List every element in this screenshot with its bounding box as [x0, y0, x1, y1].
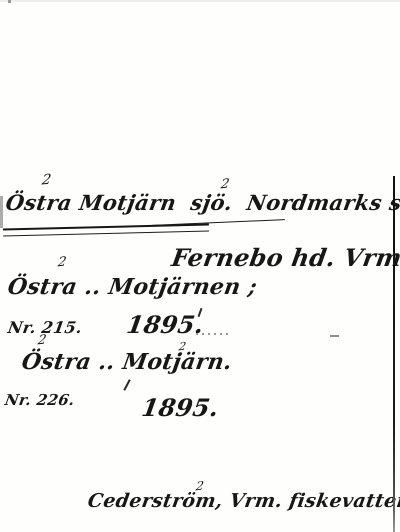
old-umlaut-mark: 2	[57, 255, 68, 271]
record-year: 1895.	[125, 310, 206, 339]
attribution-signature: Cederström, Vrm. fiskevatten.	[86, 490, 400, 512]
lake-name: Östra Motjärn	[4, 190, 178, 215]
record-name: Östra .. Motjärn.	[20, 349, 234, 375]
card-fold-line	[393, 176, 395, 532]
parish-name: Nordmarks sn.	[245, 190, 400, 215]
paper-speck	[8, 0, 11, 3]
headline-entry: Östra Motjärn sjö. Nordmarks sn.	[4, 190, 400, 215]
scan-edge-strip	[0, 0, 400, 2]
paper-speck	[0, 196, 3, 228]
scanned-archive-card: Östra Motjärn sjö. Nordmarks sn. Fernebo…	[0, 0, 400, 532]
record-number: Nr. 226.	[4, 391, 76, 409]
record-name: Östra .. Motjärnen ;	[6, 274, 259, 300]
old-umlaut-mark: 2	[195, 479, 205, 494]
district-line: Fernebo hd. Vrm.	[170, 243, 400, 272]
old-umlaut-mark: 2	[37, 333, 48, 349]
paper-speck	[330, 335, 339, 337]
ink-flourish	[123, 379, 130, 391]
old-umlaut-mark: 2	[41, 172, 52, 189]
feature-type: sjö.	[189, 190, 235, 215]
record-year: 1895.	[140, 393, 221, 422]
paper-speck	[196, 333, 230, 335]
name-underline-flourish	[152, 219, 285, 228]
